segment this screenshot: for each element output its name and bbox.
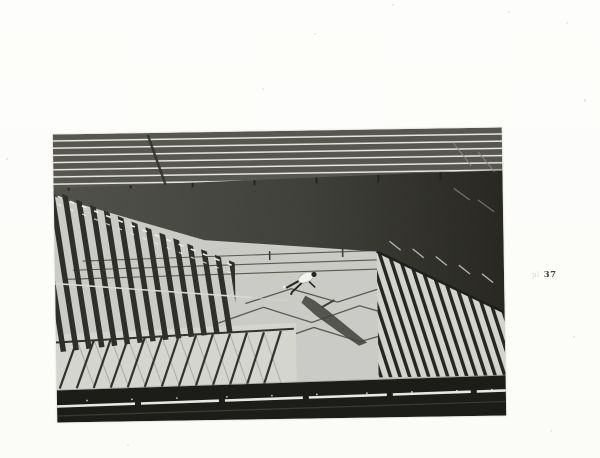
scanned-book-page: pl 37	[0, 0, 600, 458]
film-grain	[53, 127, 506, 422]
photograph	[53, 127, 506, 422]
photograph-canvas	[53, 127, 506, 422]
page-number: 37	[544, 270, 557, 280]
page-number-faint-prefix: pl	[532, 271, 540, 279]
folio: pl 37	[532, 268, 578, 282]
